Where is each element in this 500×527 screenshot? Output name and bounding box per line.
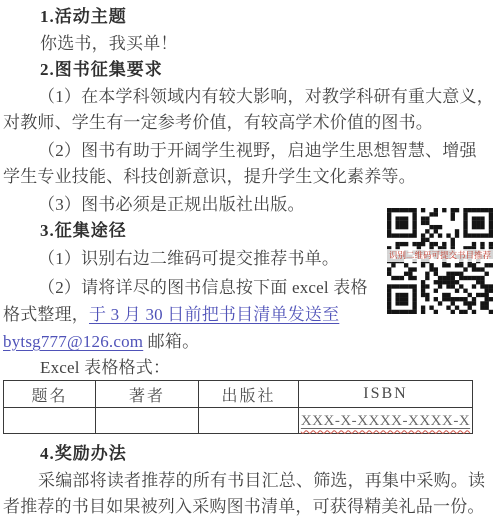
section2-item1-line2: 对教师、学生有一定参考价值，有较高学术价值的图书。	[3, 112, 433, 133]
line3-plain-text: 邮箱。	[143, 332, 199, 351]
section3-item2-line2: 格式整理，于 3 月 30 日前把书目清单发送至	[3, 304, 339, 325]
table-header-publisher: 出版社	[199, 381, 299, 408]
table-cell-isbn-sample: XXX-X-XXXX-XXXX-X	[299, 408, 473, 434]
section2-heading: 2.图书征集要求	[40, 59, 163, 80]
isbn-sample-text: XXX-X-XXXX-XXXX-X	[301, 413, 470, 429]
table-cell-author	[96, 408, 199, 434]
table-cell-publisher	[199, 408, 299, 434]
table-data-row: XXX-X-XXXX-XXXX-X	[4, 408, 473, 434]
qr-code: 识别二维码可提交书目推荐	[387, 208, 493, 314]
section2-item2-line1: （2）图书有助于开阔学生视野，启迪学生思想智慧、增强	[38, 140, 477, 161]
section2-item1-line1: （1）在本学科领域内有较大影响，对教学科研有重大意义，	[38, 86, 494, 107]
table-cell-title	[4, 408, 96, 434]
section3-item2-line3: bytsg777@126.com 邮箱。	[3, 331, 199, 352]
excel-format-label: Excel 表格格式：	[40, 357, 170, 378]
section1-slogan: 你选书，我买单！	[40, 33, 178, 54]
section4-line2: 者推荐的书目如果被列入采购图书清单，可获得精美礼品一份。	[3, 496, 485, 517]
table-header-row: 题名 著者 出版社 ISBN	[4, 381, 473, 408]
table-header-isbn: ISBN	[299, 381, 473, 408]
deadline-link[interactable]: 于 3 月 30 日前把书目清单发送至	[89, 305, 339, 324]
email-link[interactable]: bytsg777@126.com	[3, 332, 143, 351]
section4-heading: 4.奖励办法	[40, 443, 127, 464]
section2-item3: （3）图书必须是正规出版社出版。	[38, 194, 305, 215]
section1-heading: 1.活动主题	[40, 6, 127, 27]
excel-format-table: 题名 著者 出版社 ISBN XXX-X-XXXX-XXXX-X	[3, 380, 473, 434]
section3-item2-line1: （2）请将详尽的图书信息按下面 excel 表格	[38, 277, 368, 298]
qr-caption: 识别二维码可提交书目推荐	[384, 249, 496, 262]
document-page: 1.活动主题 你选书，我买单！ 2.图书征集要求 （1）在本学科领域内有较大影响…	[0, 0, 500, 527]
table-header-title: 题名	[4, 381, 96, 408]
table-header-author: 著者	[96, 381, 199, 408]
section4-line1: 采编部将读者推荐的所有书目汇总、筛选，再集中采购。读	[38, 470, 485, 491]
section2-item2-line2: 学生专业技能、科技创新意识，提升学生文化素养等。	[3, 166, 416, 187]
section3-heading: 3.征集途径	[40, 220, 127, 241]
section3-item1: （1）识别右边二维码可提交推荐书单。	[38, 248, 339, 269]
line2-plain-text: 格式整理，	[3, 305, 89, 324]
